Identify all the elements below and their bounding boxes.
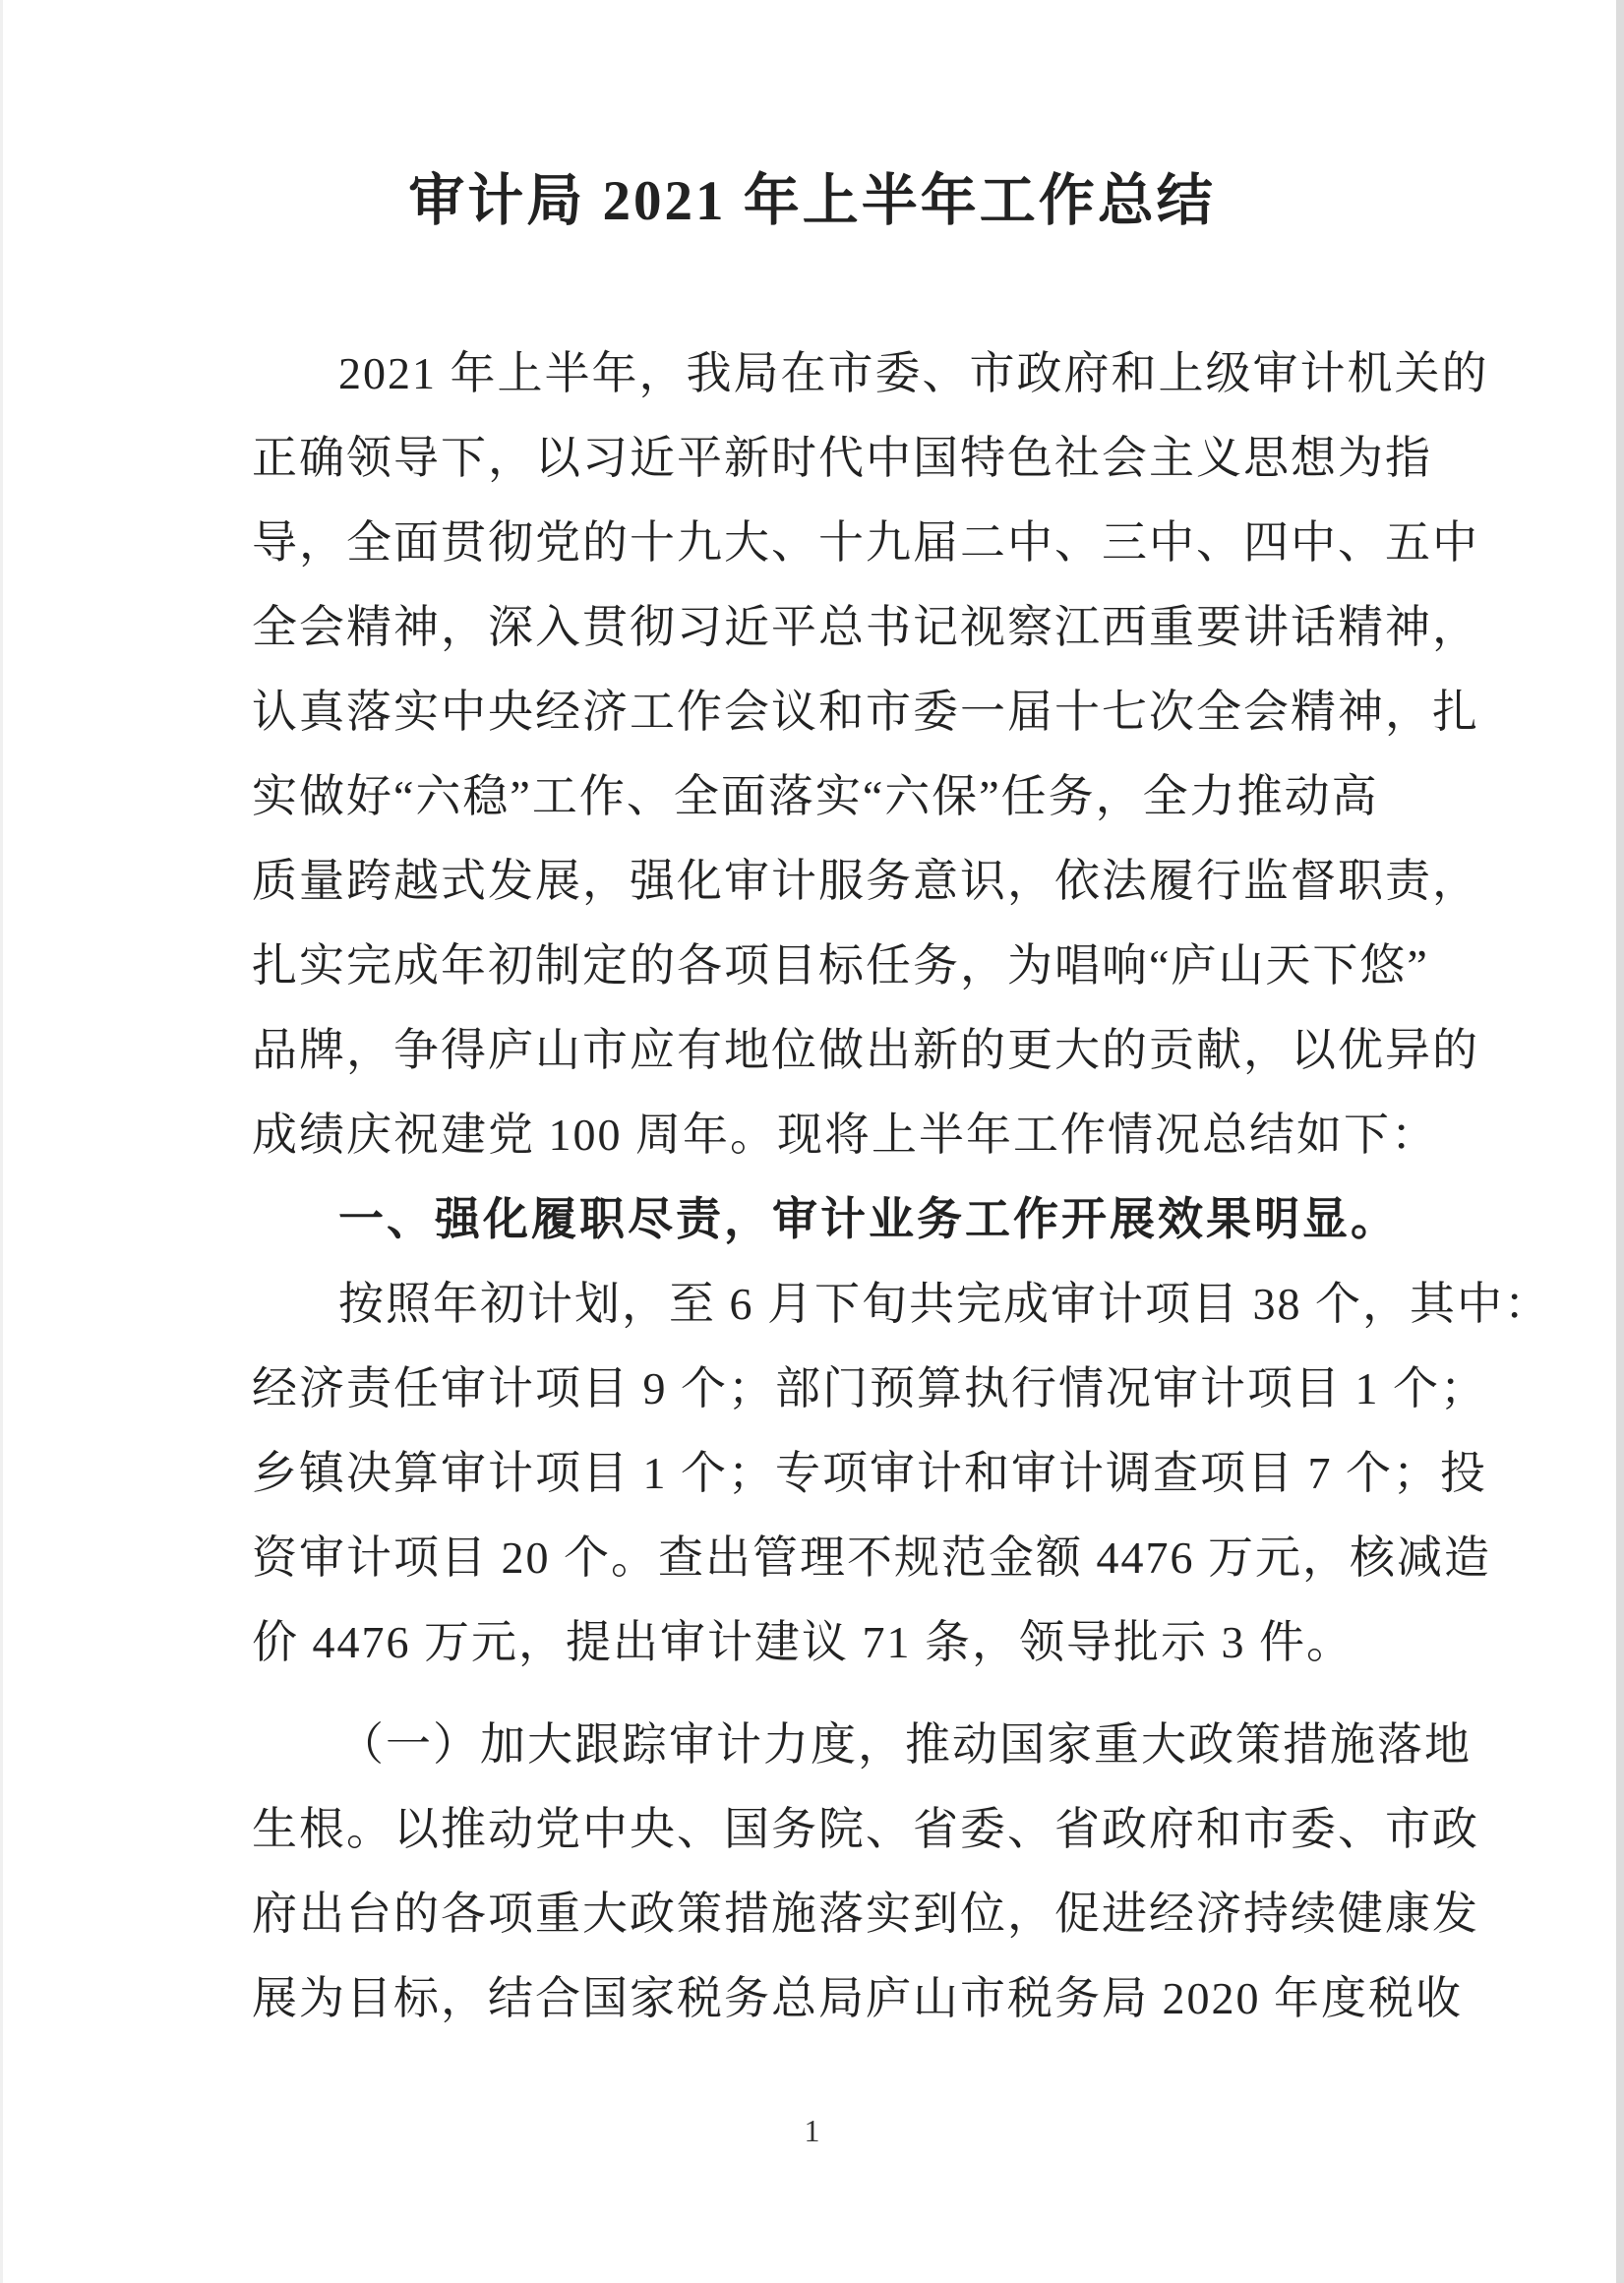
text-line: 品牌，争得庐山市应有地位做出新的更大的贡献，以优异的: [252, 1008, 1383, 1093]
text-line: 经济责任审计项目 9 个；部门预算执行情况审计项目 1 个；: [252, 1347, 1383, 1431]
text-line: 扎实完成年初制定的各项目标任务，为唱响“庐山天下悠”: [252, 924, 1383, 1008]
text-line: 价 4476 万元，提出审计建议 71 条，领导批示 3 件。: [252, 1600, 1383, 1685]
text-line: 正确领导下，以习近平新时代中国特色社会主义思想为指: [252, 416, 1383, 501]
page-number: 1: [0, 2113, 1624, 2149]
text-line: 导，全面贯彻党的十九大、十九届二中、三中、四中、五中: [252, 501, 1383, 585]
scan-edge-artifact-left: [0, 0, 3, 2283]
scan-edge-artifact-right: [1616, 0, 1624, 2283]
section-heading: 一、强化履职尽责，审计业务工作开展效果明显。: [252, 1177, 1383, 1262]
text-line: 生根。以推动党中央、国务院、省委、省政府和市委、市政: [252, 1787, 1383, 1872]
text-line: 资审计项目 20 个。查出管理不规范金额 4476 万元，核减造: [252, 1516, 1383, 1600]
document-title: 审计局 2021 年上半年工作总结: [0, 155, 1624, 236]
text-line: 乡镇决算审计项目 1 个；专项审计和审计调查项目 7 个；投: [252, 1431, 1383, 1516]
subsection-lead-line: （一）加大跟踪审计力度，推动国家重大政策措施落地: [252, 1703, 1383, 1787]
text-line: 成绩庆祝建党 100 周年。现将上半年工作情况总结如下：: [252, 1093, 1383, 1177]
text-line: 府出台的各项重大政策措施落实到位，促进经济持续健康发: [252, 1872, 1383, 1956]
text-line: 按照年初计划，至 6 月下旬共完成审计项目 38 个，其中：: [252, 1262, 1383, 1347]
text-line: 实做好“六稳”工作、全面落实“六保”任务，全力推动高: [252, 754, 1383, 839]
document-body: 2021 年上半年，我局在市委、市政府和上级审计机关的 正确领导下，以习近平新时…: [252, 331, 1383, 2041]
text-line: 2021 年上半年，我局在市委、市政府和上级审计机关的: [252, 331, 1383, 416]
text-line: 质量跨越式发展，强化审计服务意识，依法履行监督职责，: [252, 839, 1383, 924]
text-line: 认真落实中央经济工作会议和市委一届十七次全会精神，扎: [252, 670, 1383, 754]
text-line: 展为目标，结合国家税务总局庐山市税务局 2020 年度税收: [252, 1956, 1383, 2041]
text-line: 全会精神，深入贯彻习近平总书记视察江西重要讲话精神，: [252, 585, 1383, 670]
document-page: 审计局 2021 年上半年工作总结 2021 年上半年，我局在市委、市政府和上级…: [0, 0, 1624, 2283]
